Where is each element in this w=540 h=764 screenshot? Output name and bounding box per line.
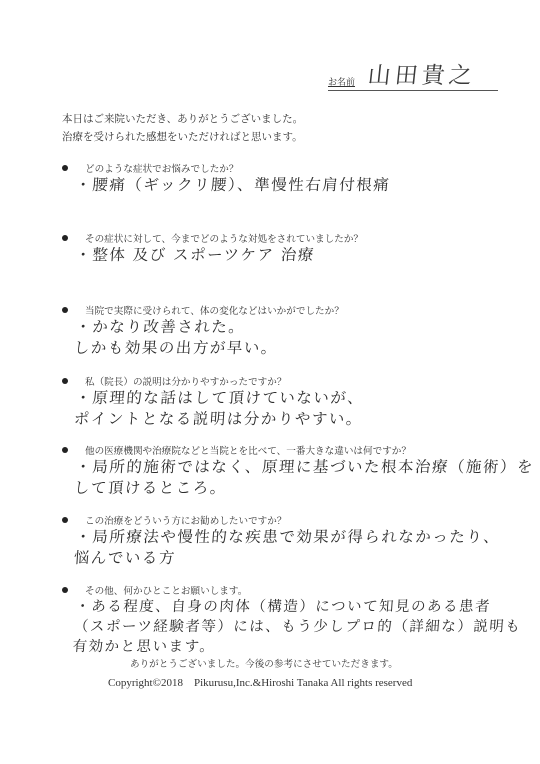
bullet-icon <box>62 235 68 241</box>
question-text: どのような症状でお悩みでしたか？ <box>85 161 239 175</box>
question-block-1: どのような症状でお悩みでしたか？ ・腰痛（ギックリ腰）、準慢性右肩付根痛 <box>62 161 522 196</box>
answer-line: して頂けるところ。 <box>73 478 520 499</box>
answer-line: ・局所療法や慢性的な疾患で効果が得られなかったり、 <box>75 527 522 548</box>
answer-line: ・かなり改善された。 <box>75 317 522 338</box>
question-block-4: 私（院長）の説明は分かりやすかったですか？ ・原理的な話はして頂けていないが、 … <box>62 374 522 430</box>
answer-line: （スポーツ経験者等）には、もう少しプロ的（詳細な）説明も <box>73 617 520 637</box>
bullet-icon <box>62 378 68 384</box>
answer-line: ・局所的施術ではなく、原理に基づいた根本治療（施術）を <box>75 457 522 478</box>
handwritten-answer: ・原理的な話はして頂けていないが、 ポイントとなる説明は分かりやすい。 <box>73 388 522 430</box>
handwritten-answer: ・腰痛（ギックリ腰）、準慢性右肩付根痛 <box>75 175 522 196</box>
question-text: この治療をどういう方にお勧めしたいですか？ <box>85 513 286 527</box>
bullet-icon <box>62 517 68 523</box>
bullet-icon <box>62 307 68 313</box>
answer-line: ・腰痛（ギックリ腰）、準慢性右肩付根痛 <box>75 175 522 196</box>
handwritten-name: 山田貴之 <box>366 57 477 90</box>
question-text: その症状に対して、今までどのような対処をされていましたか？ <box>85 231 363 245</box>
question-block-6: この治療をどういう方にお勧めしたいですか？ ・局所療法や慢性的な疾患で効果が得ら… <box>62 513 522 569</box>
thanks-text: ありがとうございました。今後の参考にさせていただきます。 <box>130 656 398 670</box>
handwritten-answer: ・ある程度、自身の肉体（構造）について知見のある患者 （スポーツ経験者等）には、… <box>72 597 522 657</box>
answer-line: 有効かと思います。 <box>72 637 519 657</box>
answer-line: ポイントとなる説明は分かりやすい。 <box>73 409 520 430</box>
intro-line-2: 治療を受けられた感想をいただければと思います。 <box>62 128 303 146</box>
copyright-text: Copyright©2018 Pikurusu,Inc.&Hiroshi Tan… <box>108 674 412 690</box>
answer-line: 悩んでいる方 <box>73 548 520 569</box>
bullet-icon <box>62 447 68 453</box>
handwritten-answer: ・整体 及び スポーツケア 治療 <box>75 245 522 266</box>
question-text: 他の医療機関や治療院などと当院とを比べて、一番大きな違いは何ですか？ <box>85 443 411 457</box>
question-text: 私（院長）の説明は分かりやすかったですか？ <box>85 374 286 388</box>
answer-line: ・原理的な話はして頂けていないが、 <box>75 388 522 409</box>
question-text: 当院で実際に受けられて、体の変化などはいかがでしたか？ <box>85 303 344 317</box>
question-block-5: 他の医療機関や治療院などと当院とを比べて、一番大きな違いは何ですか？ ・局所的施… <box>62 443 522 499</box>
answer-line: ・整体 及び スポーツケア 治療 <box>75 245 522 266</box>
answer-line: ・ある程度、自身の肉体（構造）について知見のある患者 <box>75 597 522 617</box>
question-block-3: 当院で実際に受けられて、体の変化などはいかがでしたか？ ・かなり改善された。 し… <box>62 303 522 359</box>
question-text: その他、何かひとことお願いします。 <box>85 583 247 597</box>
handwritten-answer: ・局所的施術ではなく、原理に基づいた根本治療（施術）を して頂けるところ。 <box>73 457 522 499</box>
name-field: お名前 山田貴之 <box>328 60 498 91</box>
handwritten-answer: ・かなり改善された。 しかも効果の出方が早い。 <box>73 317 522 359</box>
intro-text: 本日はご来院いただき、ありがとうございました。 治療を受けられた感想をいただけれ… <box>62 110 303 146</box>
bullet-icon <box>62 587 68 593</box>
answer-line: しかも効果の出方が早い。 <box>73 338 520 359</box>
name-label: お名前 <box>328 75 355 88</box>
intro-line-1: 本日はご来院いただき、ありがとうございました。 <box>62 110 303 128</box>
question-block-2: その症状に対して、今までどのような対処をされていましたか？ ・整体 及び スポー… <box>62 231 522 266</box>
bullet-icon <box>62 165 68 171</box>
question-block-7: その他、何かひとことお願いします。 ・ある程度、自身の肉体（構造）について知見の… <box>62 583 522 657</box>
handwritten-answer: ・局所療法や慢性的な疾患で効果が得られなかったり、 悩んでいる方 <box>73 527 522 569</box>
